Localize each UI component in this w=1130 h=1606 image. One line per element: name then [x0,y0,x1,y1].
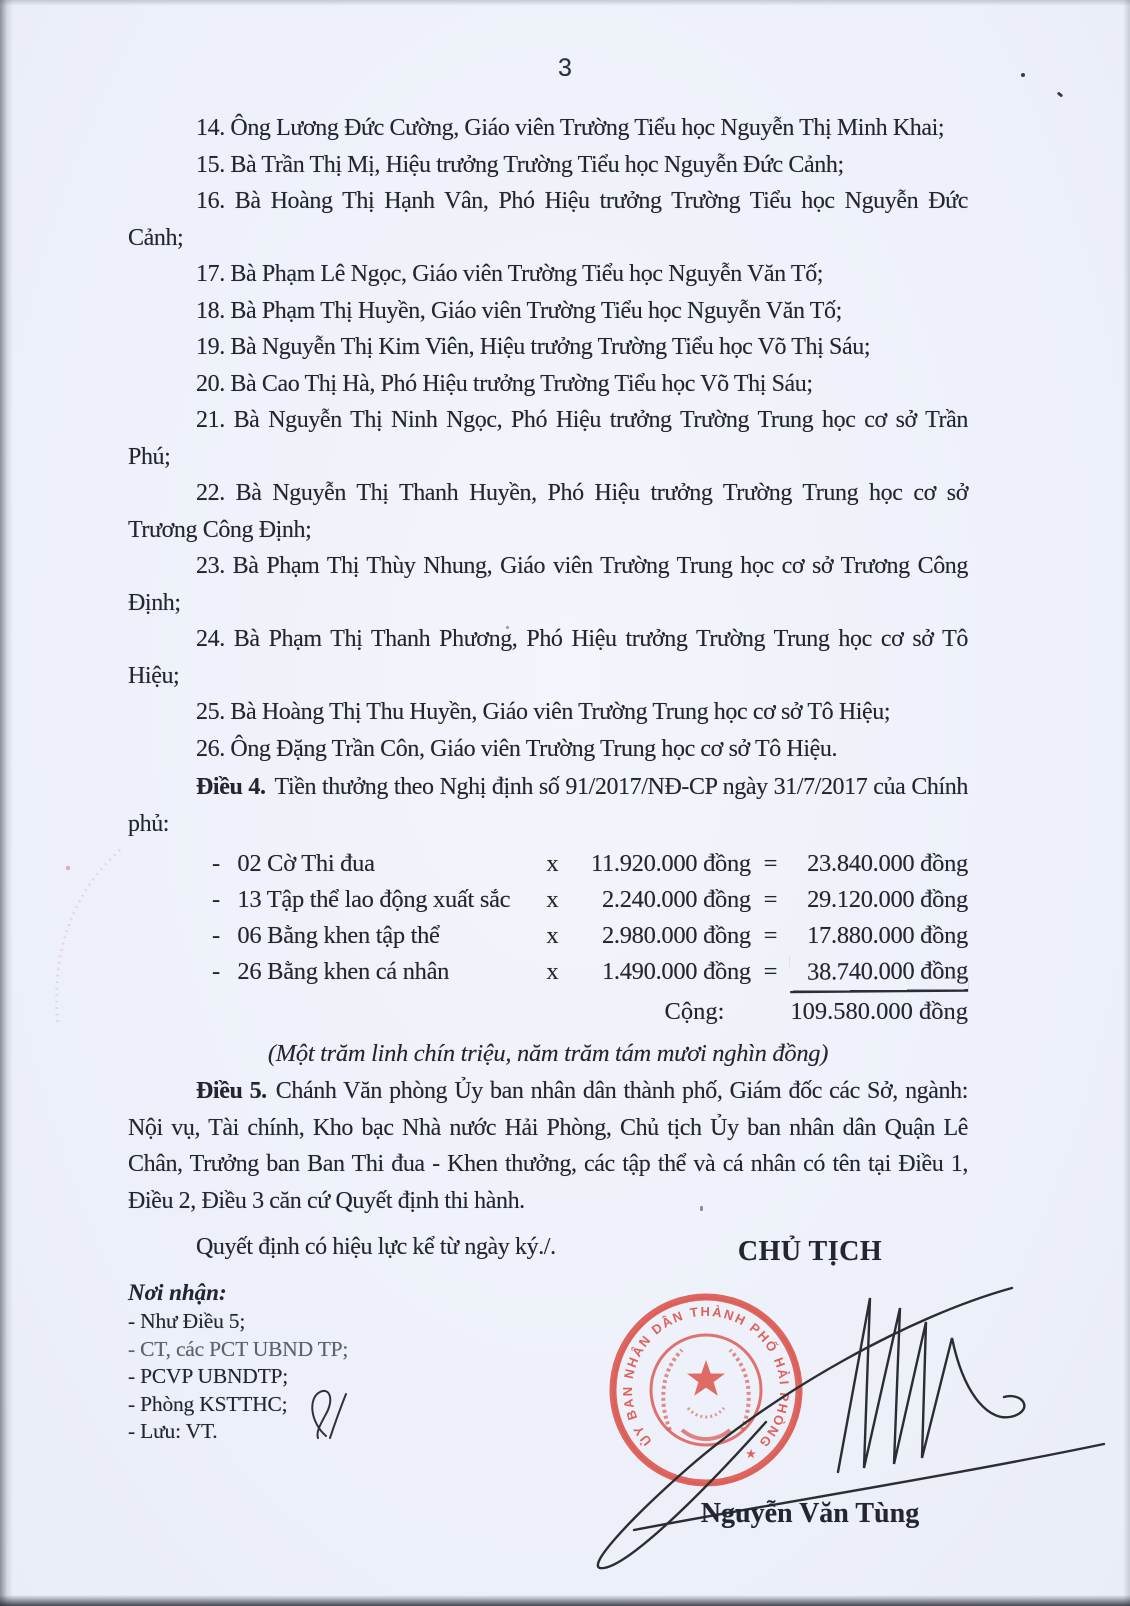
row-item: 02 Cờ Thi đua [237,846,534,882]
row-dash: - [212,846,237,882]
row-dash: - [212,954,237,990]
signer-title: CHỦ TỊCH [690,1236,930,1268]
article-5: Điều 5.Chánh Văn phòng Ủy ban nhân dân t… [128,1073,968,1219]
document-page: 3 14. Ông Lương Đức Cường, Giáo viên Trư… [0,0,1130,1606]
scan-speck [1021,73,1025,77]
recipients-title: Nơi nhận: [128,1278,348,1308]
individual-item: 25. Bà Hoàng Thị Thu Huyền, Giáo viên Tr… [128,694,968,731]
individual-item: 17. Bà Phạm Lê Ngọc, Giáo viên Trường Ti… [128,256,968,293]
amount-in-words: (Một trăm linh chín triệu, năm trăm tám … [128,1037,968,1071]
equals-sign: = [751,918,790,954]
sum-value: 109.580.000 đồng [724,993,968,1030]
multiply-sign: x [535,882,570,918]
unit-amount: 2.240.000 đồng [570,882,751,918]
individual-item: 26. Ông Đặng Trần Côn, Giáo viên Trường … [128,731,968,768]
row-total: 29.120.000 đồng [790,882,968,918]
individual-item: 16. Bà Hoàng Thị Hạnh Vân, Phó Hiệu trưở… [128,183,968,256]
scan-edge-shadow [0,0,1130,6]
chairman-signature [570,1272,1130,1582]
scan-edge-shadow [1123,0,1130,1606]
scan-speck [506,626,509,629]
multiply-sign: x [535,918,570,954]
individual-item: 20. Bà Cao Thị Hà, Phó Hiệu trưởng Trườn… [128,366,968,403]
page-number: 3 [0,54,1130,83]
individual-item: 18. Bà Phạm Thị Huyền, Giáo viên Trường … [128,293,968,330]
stamp-bleedthrough-mark [20,820,160,1050]
unit-amount: 1.490.000 đồng [570,954,751,990]
unit-amount: 11.920.000 đồng [570,846,751,882]
row-dash: - [212,918,237,954]
row-item: 06 Bằng khen tập thể [237,918,534,954]
equals-sign: = [751,954,790,990]
multiply-sign: x [535,954,570,990]
clerk-paraph-mark [296,1384,350,1440]
row-total: 38.740.000 đồng [790,953,968,991]
row-dash: - [212,882,237,918]
article-4: Điều 4.Tiền thưởng theo Nghị định số 91/… [128,769,968,842]
reward-row: - 06 Bằng khen tập thể x 2.980.000 đồng … [128,918,968,954]
article-4-label: Điều 4. [196,774,266,800]
scan-edge-shadow [0,1595,1130,1606]
individual-item: 19. Bà Nguyễn Thị Kim Viên, Hiệu trưởng … [128,329,968,366]
recipient-item: - Như Điều 5; [128,1308,348,1336]
signer-name: Nguyễn Văn Tùng [660,1498,960,1530]
equals-sign: = [751,882,790,918]
row-item: 26 Bằng khen cá nhân [237,954,534,990]
individual-item: 15. Bà Trần Thị Mị, Hiệu trưởng Trường T… [128,147,968,184]
individual-item: 24. Bà Phạm Thị Thanh Phương, Phó Hiệu t… [128,621,968,694]
reward-row: - 02 Cờ Thi đua x 11.920.000 đồng = 23.8… [128,846,968,882]
reward-row: - 13 Tập thể lao động xuất sắc x 2.240.0… [128,882,968,918]
multiply-sign: x [535,846,570,882]
recipient-item: - CT, các PCT UBND TP; [128,1336,348,1364]
individual-item: 22. Bà Nguyễn Thị Thanh Huyền, Phó Hiệu … [128,475,968,548]
article-5-label: Điều 5. [196,1078,267,1104]
equals-sign: = [751,846,790,882]
reward-row: - 26 Bằng khen cá nhân x 1.490.000 đồng … [128,954,968,990]
document-body: 14. Ông Lương Đức Cường, Giáo viên Trườn… [128,110,968,1266]
scan-speck [700,1206,703,1211]
row-total: 17.880.000 đồng [790,918,968,954]
individual-item: 23. Bà Phạm Thị Thùy Nhung, Giáo viên Tr… [128,548,968,621]
individual-item: 21. Bà Nguyễn Thị Ninh Ngọc, Phó Hiệu tr… [128,402,968,475]
scan-speck [1057,91,1064,97]
unit-amount: 2.980.000 đồng [570,918,751,954]
row-item: 13 Tập thể lao động xuất sắc [237,882,534,918]
sum-label: Cộng: [128,993,724,1030]
individual-item: 14. Ông Lương Đức Cường, Giáo viên Trườn… [128,110,968,147]
scan-edge-shadow [0,0,13,1606]
sum-row: Cộng: 109.580.000 đồng [128,993,968,1030]
row-total: 23.840.000 đồng [790,846,968,882]
reward-table: - 02 Cờ Thi đua x 11.920.000 đồng = 23.8… [128,846,968,1071]
